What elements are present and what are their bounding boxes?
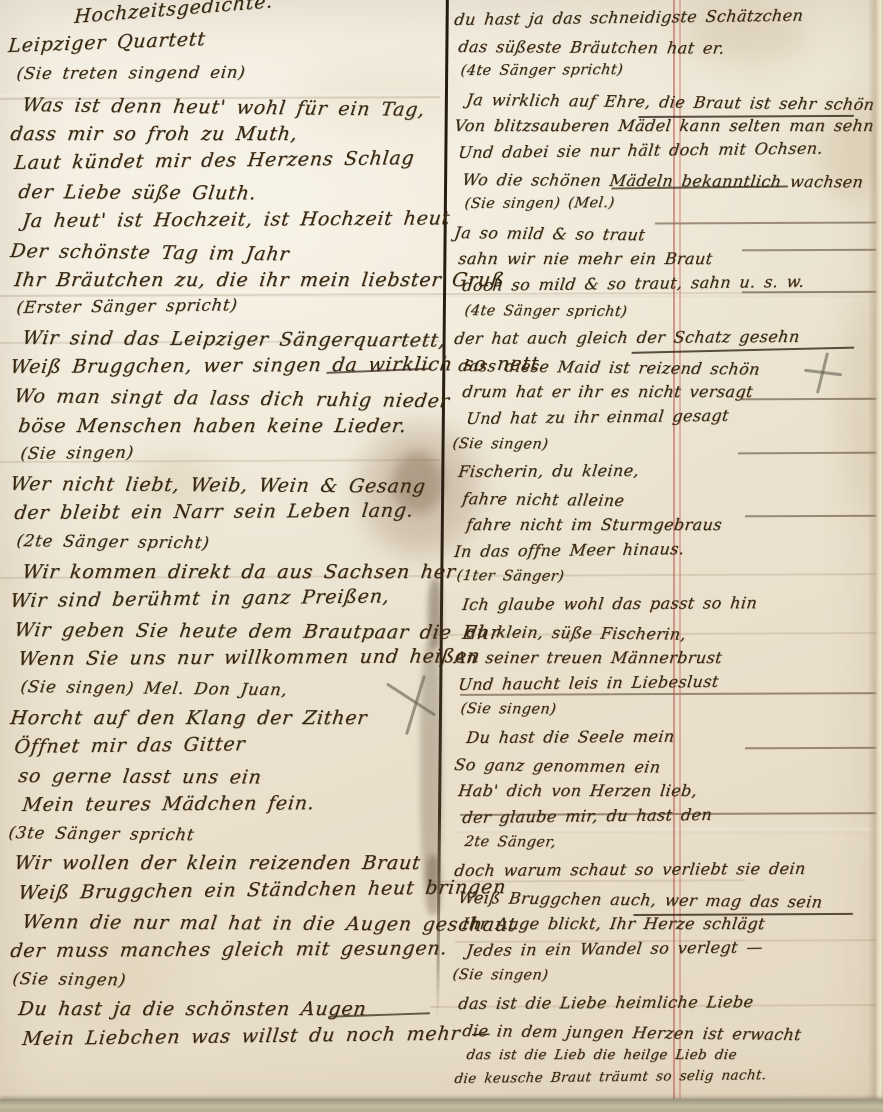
page-bottom-edge	[0, 1099, 883, 1112]
manuscript-line: Ich glaube wohl das passt so hin	[460, 592, 881, 621]
manuscript-line: der muss manches gleich mit gesungen.	[8, 937, 439, 969]
manuscript-line: Mein Liebchen was willst du noch mehr —	[20, 1022, 439, 1056]
manuscript-line: Wir sind berühmt in ganz Preißen,	[8, 585, 439, 619]
manuscript-line: du hast ja das schneidigste Schätzchen	[453, 5, 882, 37]
manuscript-line: Und haucht leis in Liebeslust	[457, 670, 882, 702]
manuscript-line: Ja heut' ist Hochzeit, ist Hochzeit heut	[20, 208, 439, 240]
manuscript-line: (Sie singen)	[18, 439, 439, 473]
manuscript-line: (Sie treten singend ein)	[14, 62, 439, 94]
manuscript-line: Jedes in ein Wandel so verlegt —	[465, 936, 882, 968]
manuscript-line: Öffnet mir das Gitter	[12, 730, 439, 764]
manuscript-line: (Erster Sänger spricht)	[14, 293, 439, 327]
manuscript-line: (4te Sänger spricht)	[458, 61, 881, 90]
manuscript-line: Du hast die Seele mein	[464, 725, 881, 754]
manuscript-line: Weiß Bruggchen ein Ständchen heut bringe…	[16, 876, 439, 910]
manuscript-page: Hochzeitsgedichte.Leipziger Quartett(Sie…	[0, 0, 883, 1112]
manuscript-line: der glaube mir, du hast den	[461, 803, 882, 835]
manuscript-line: Laut kündet mir des Herzens Schlag	[12, 147, 439, 181]
manuscript-line: die keusche Braut träumt so selig nacht.	[453, 1066, 882, 1095]
manuscript-line: (Sie singen) (Mel.)	[462, 194, 881, 223]
manuscript-line: der bleibt ein Narr sein Leben lang.	[12, 500, 439, 532]
manuscript-line: Und dabei sie nur hält doch mit Ochsen.	[457, 138, 882, 170]
page-right-edge	[868, 0, 883, 1112]
left-column: Hochzeitsgedichte.Leipziger Quartett(Sie…	[8, 6, 438, 1057]
manuscript-line: Und hat zu ihr einmal gesagt	[465, 404, 882, 436]
manuscript-line: Weiß Bruggchen, wer singen da wirklich s…	[8, 354, 439, 386]
manuscript-line: doch warum schaut so verliebt sie dein	[452, 858, 881, 887]
right-column: du hast ja das schneidigste Schätzchenda…	[452, 10, 880, 1095]
manuscript-line: In das offne Meer hinaus.	[453, 537, 882, 569]
manuscript-line: der hat auch gleich der Schatz gesehn	[452, 327, 881, 356]
manuscript-line: Leipziger Quartett	[7, 20, 439, 64]
manuscript-line: Wenn Sie uns nur willkommen und heißen	[16, 646, 439, 678]
manuscript-line: Mein teures Mädchen fein.	[20, 792, 439, 824]
manuscript-line: Fischerin, du kleine,	[456, 460, 881, 489]
manuscript-line: das ist die Liebe heimliche Liebe	[456, 991, 881, 1020]
manuscript-line: doch so mild & so traut, sahn u. s. w.	[461, 271, 882, 303]
